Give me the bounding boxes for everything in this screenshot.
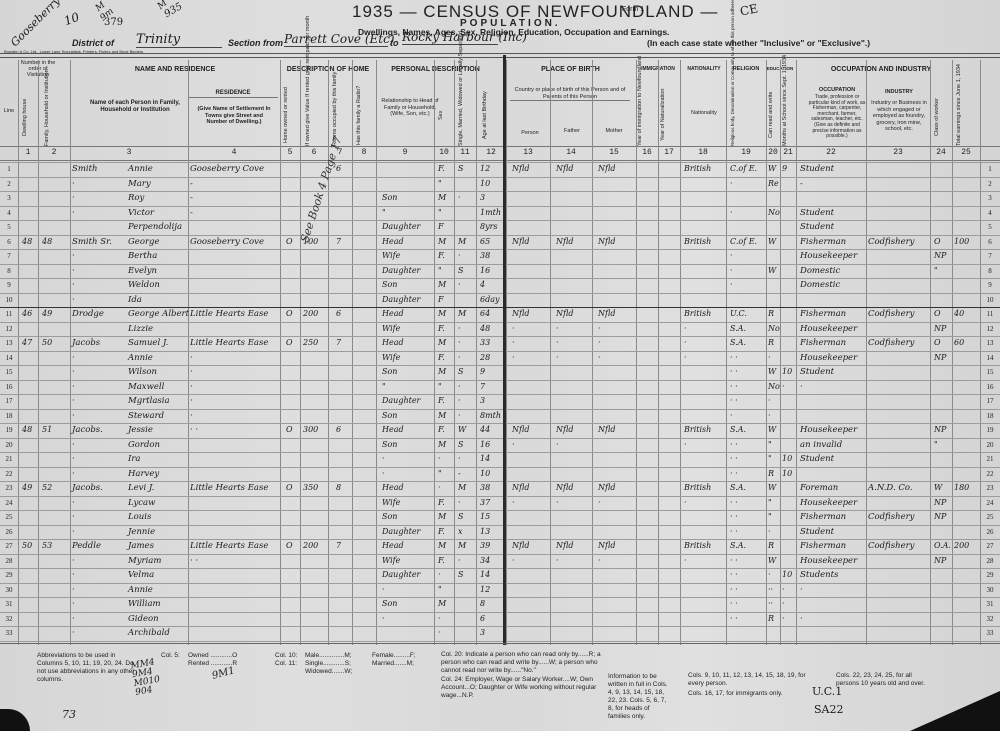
column-number: 10 [436,148,452,157]
title-year: 1935 [352,2,394,21]
grid-line [0,597,1000,598]
column-number: 22 [823,148,839,157]
line-number: 32 [1,615,17,623]
grid-line [0,510,1000,511]
surname: · [72,367,75,377]
column-number: 1 [20,148,36,157]
family-number: 50 [42,338,52,347]
industry: Codfishery [868,309,914,319]
sex: " [438,179,442,188]
surname: · [72,570,75,580]
residence: Gooseberry Cove [190,237,264,247]
can-read-write: R [768,469,774,478]
surname: · [72,382,75,392]
line-number-right: 5 [982,223,998,231]
footer-margin-note-4: U.C.1 [812,685,842,698]
footer-col24: Col. 24: Employer, Wage or Salary Worker… [441,676,601,700]
birthplace-person: Nfld [512,425,529,434]
religion: S.A. [730,324,746,333]
age: 8yrs [480,222,498,231]
nationality: British [684,425,711,434]
occupation: Housekeeper [800,556,857,566]
grid-line [0,394,1000,395]
grid-line [0,568,1000,569]
age: 65 [480,237,490,246]
occupation: Fisherman [800,237,846,247]
grid-line [0,467,1000,468]
surname: · [72,208,75,218]
line-number-right: 30 [982,586,998,594]
marital-status: · [458,382,461,391]
sex: " [438,266,442,275]
class-of-worker: NP [934,251,946,260]
occupation: Domestic [800,266,840,276]
col12-header: Age at last Birthday [482,84,488,146]
dwelling-number: 48 [22,237,32,246]
surname: · [72,556,75,566]
age: 10 [480,179,490,188]
column-number: 25 [958,148,974,157]
marital-status: · [458,280,461,289]
sex: F. [438,556,445,565]
sex: F. [438,164,445,173]
religion: · · [730,396,738,405]
grid-line [352,60,353,645]
months-school: 10 [782,454,792,463]
line-number: 9 [1,281,17,289]
column-number: 23 [890,148,906,157]
surname: · [72,527,75,537]
relationship: Daughter [382,570,420,579]
line-number-right: 13 [982,339,998,347]
industry: Codfishery [868,512,914,522]
surname: · [72,498,75,508]
dwelling-number: 46 [22,309,32,318]
grid-line [300,60,301,645]
given-name: Roy [128,193,144,203]
age: 15 [480,512,490,521]
class-of-worker: W [934,483,942,492]
can-read-write: " [768,440,772,449]
col23-header: Industry or Business in which engaged or… [868,100,930,133]
footer-col10-male: Male..............M; [305,652,352,660]
relationship: Head [382,483,404,492]
can-read-write: · [768,411,771,420]
footer-col11-single: Single............S; [305,660,351,668]
residence: · [190,411,193,421]
given-name: James [128,541,154,551]
grid-line [70,60,71,645]
footer-col11-label: Col. 11: [275,660,297,668]
col13-header: Person [510,130,550,137]
relationship: Son [382,193,397,202]
given-name: Maxwell [128,382,164,392]
col15-header: Mother [594,128,634,135]
relationship: Son [382,367,397,376]
column-number: 24 [933,148,949,157]
col11-header: Single, Married, Widowed or Legally Sepa… [458,84,464,146]
grid-line [0,264,1000,265]
birthplace-father: Nfld [556,541,573,550]
class-of-worker: NP [934,324,946,333]
class-of-worker: NP [934,498,946,507]
district-label: District of [72,38,114,48]
age: 38 [480,251,490,260]
earnings: 100 [954,237,969,246]
grid-line [18,60,19,645]
can-read-write: No [768,324,780,333]
district-value: Trinity [136,32,222,48]
age: 44 [480,425,490,434]
class-of-worker: NP [934,425,946,434]
grid-line [550,60,551,645]
sex: M [438,237,446,246]
given-name: Levi J. [128,483,154,493]
relationship: Daughter [382,266,420,275]
birthplace-mother: · [598,556,601,565]
grid-line [0,162,1000,163]
age: 7 [480,382,485,391]
class-of-worker: NP [934,512,946,521]
age: 6 [480,614,485,623]
birthplace-person: Nfld [512,164,529,173]
line-number: 7 [1,252,17,260]
earnings: 200 [954,541,969,550]
group-place-of-birth: PLACE OF BIRTH [508,66,633,73]
column-number: 20 [765,148,781,157]
given-name: Myriam [128,556,161,566]
grid-line [0,525,1000,526]
relationship: Head [382,309,404,318]
footer-col11-widowed: Widowed.......W; [305,668,352,676]
birthplace-mother: · [598,324,601,333]
marital-status: S [458,570,463,579]
industry: Codfishery [868,541,914,551]
column-number: 9 [397,148,413,157]
age: 64 [480,309,490,318]
grid-line [766,60,767,645]
occupation: Student [800,527,834,537]
birthplace-person: · [512,338,515,347]
grid-line [0,409,1000,410]
religion: · · [730,527,738,536]
col17-header: Year of Naturalization [660,84,666,146]
months-school: · [782,382,785,391]
religion: · [730,251,733,260]
birthplace-father: Nfld [556,237,573,246]
relationship: Daughter [382,295,420,304]
marital-status: · [458,324,461,333]
col4-head: RESIDENCE [188,90,278,98]
sex: M [438,193,446,202]
column-number: 12 [483,148,499,157]
sex: F. [438,396,445,405]
given-name: Ira [128,454,141,464]
given-name: George Albert [128,309,189,319]
grid-line [592,60,593,645]
birthplace-mother: · [598,498,601,507]
line-number-right: 32 [982,615,998,623]
industry: Codfishery [868,338,914,348]
grid-line [0,583,1000,584]
age: 28 [480,353,490,362]
relationship: · [382,454,385,463]
column-number: 21 [780,148,796,157]
given-name: Mgrtlasia [128,396,170,406]
can-read-write: · [768,570,771,579]
grid-line [0,307,1000,308]
residence: Little Hearts Ease [190,483,268,493]
can-read-write: R [768,541,774,550]
footer-all-persons: Cols. 22, 23, 24, 25, for all persons 10… [836,672,936,688]
religion: · · [730,498,738,507]
marital-status: · [458,338,461,347]
can-read-write: No [768,208,780,217]
footer-col11-married: Married.......M; [372,660,414,668]
occupation: Domestic [800,280,840,290]
home-value: 300 [303,425,318,434]
grid-line [952,60,953,645]
birthplace-mother: Nfld [598,425,615,434]
religion: · [730,280,733,289]
line-number: 6 [1,238,17,246]
line-number: 19 [1,426,17,434]
class-of-worker: O [934,338,941,347]
relationship: Daughter [382,396,420,405]
nationality: British [684,164,711,173]
occupation: Student [800,367,834,377]
age: 33 [480,338,490,347]
line-number-right: 28 [982,557,998,565]
line-number-right: 14 [982,354,998,362]
surname: Jacobs [72,338,100,348]
col6-header: If owned give Value If rented give rent … [305,84,311,146]
grid-line [0,191,1000,192]
can-read-write: W [768,266,776,275]
birthplace-person: Nfld [512,541,529,550]
class-of-worker: O.A. [934,541,951,550]
grid-line [0,336,1000,337]
given-name: George [128,237,159,247]
rooms: 7 [336,338,341,347]
surname: · [72,599,75,609]
months-school: 10 [782,367,792,376]
can-read-write: Re [768,179,779,188]
family-number: 52 [42,483,52,492]
line-number: 24 [1,499,17,507]
grid-line [680,60,681,645]
occupation: Student [800,222,834,232]
group-occupation-industry: OCCUPATION AND INDUSTRY [796,66,966,73]
line-number: 15 [1,368,17,376]
col8-header: Has this family a Radio? [356,84,362,146]
age: 39 [480,541,490,550]
grid-line [0,539,1000,540]
birthplace-father: · [556,338,559,347]
line-number-right: 17 [982,397,998,405]
grid-line [0,626,1000,627]
occupation: Housekeeper [800,498,857,508]
column-number: 15 [606,148,622,157]
occupation: Housekeeper [800,251,857,261]
grid-line [0,220,1000,221]
given-name: Evelyn [128,266,157,276]
surname: · [72,396,75,406]
earnings: 180 [954,483,969,492]
line-number: 11 [1,310,17,318]
can-read-write: · [768,353,771,362]
birthplace-person: Nfld [512,237,529,246]
occupation: Fisherman [800,541,846,551]
occupation: · [800,382,803,392]
birthplace-father: · [556,556,559,565]
marital-status: M [458,541,466,550]
dwelling-number: 50 [22,541,32,550]
birthplace-father: Nfld [556,425,573,434]
grid-line [454,60,455,645]
can-read-write: " [768,512,772,521]
line-number: 33 [1,629,17,637]
surname: Jacobs. [72,425,103,435]
sex: " [438,208,442,217]
surname: · [72,179,75,189]
birthplace-mother: Nfld [598,237,615,246]
occupation: Housekeeper [800,353,857,363]
surname: · [72,628,75,638]
line-number: 30 [1,586,17,594]
birthplace-father: Nfld [556,164,573,173]
grid-line [476,60,477,645]
can-read-write: W [768,556,776,565]
relationship: Son [382,411,397,420]
sex: " [438,469,442,478]
birthplace-person: · [512,556,515,565]
column-number: 4 [226,148,242,157]
age: 14 [480,454,490,463]
line-number-right: 22 [982,470,998,478]
can-read-write: R [768,309,774,318]
surname: Peddle [72,541,101,551]
surname: Smith Sr. [72,237,112,247]
can-read-write: R [768,338,774,347]
line-number-right: 18 [982,412,998,420]
occupation: · [800,614,803,624]
residence: · [190,396,193,406]
can-read-write: W [768,164,776,173]
can-read-write: No [768,382,780,391]
line-number: 8 [1,267,17,275]
dwelling-number: 48 [22,425,32,434]
birthplace-father: · [556,440,559,449]
grid-line [280,60,281,645]
nationality: · [684,440,687,449]
marital-status: · [458,193,461,202]
line-number-right: 20 [982,441,998,449]
industry: A.N.D. Co. [868,483,913,493]
family-number: 51 [42,425,52,434]
marital-status: x [458,527,463,536]
marital-status: · [458,396,461,405]
rooms: 8 [336,483,341,492]
sex: M [438,367,446,376]
marital-status: S [458,164,463,173]
line-number: 12 [1,325,17,333]
col9-header: Relationship to Head of Family or Househ… [378,98,442,118]
relationship: Head [382,237,404,246]
home-owned: O [286,338,293,347]
given-name: Weldon [128,280,160,290]
footer-col10-label: Col. 10: [275,652,297,660]
nationality: · [684,338,687,347]
given-name: William [128,599,161,609]
religion: · · [730,570,738,579]
surname: · [72,266,75,276]
months-school: · [782,614,785,623]
occupation: Students [800,570,838,580]
column-number: 16 [639,148,655,157]
religion: · · [730,353,738,362]
given-name: Jessie [128,425,153,435]
occupation: an invalid [800,440,842,450]
religion: · [730,411,733,420]
sex: F. [438,353,445,362]
grid-line [930,60,931,645]
line-number-right: 21 [982,455,998,463]
sex: · [438,454,441,463]
occupation: Fisherman [800,338,846,348]
given-name: Bertha [128,251,157,261]
rooms: 7 [336,237,341,246]
birthplace-person: Nfld [512,309,529,318]
occupation: Student [800,454,834,464]
page-edge-shadow [910,691,1000,731]
section-from-value: Parrett Cove (Etc) [284,32,388,47]
relationship: Wife [382,556,400,565]
surname: · [72,469,75,479]
line-number: 5 [1,223,17,231]
line-number: 16 [1,383,17,391]
marital-status: S [458,512,463,521]
religion: · · [730,469,738,478]
col10-header: Sex [438,100,444,130]
birthplace-person: · [512,498,515,507]
age: 10 [480,469,490,478]
marital-status: · [458,411,461,420]
section-label: Section from [228,38,283,48]
nationality: British [684,309,711,318]
grid-line [0,177,1000,178]
age: 48 [480,324,490,333]
age: 8mth [480,411,501,420]
surname: · [72,295,75,305]
footer-col5-label: Col. 5: [161,652,180,660]
sex: F [438,222,444,231]
birthplace-father: · [556,498,559,507]
home-value: 200 [303,309,318,318]
grid-line [0,293,1000,294]
months-school: 10 [782,469,792,478]
page-corner-shadow [0,709,30,731]
line-number: 20 [1,441,17,449]
line-number: 27 [1,542,17,550]
line-number: 4 [1,209,17,217]
sex: M [438,599,446,608]
can-read-write: · [768,527,771,536]
rooms: 6 [336,164,341,173]
grid-line [636,60,637,645]
relationship: Wife [382,353,400,362]
marital-status: M [458,309,466,318]
